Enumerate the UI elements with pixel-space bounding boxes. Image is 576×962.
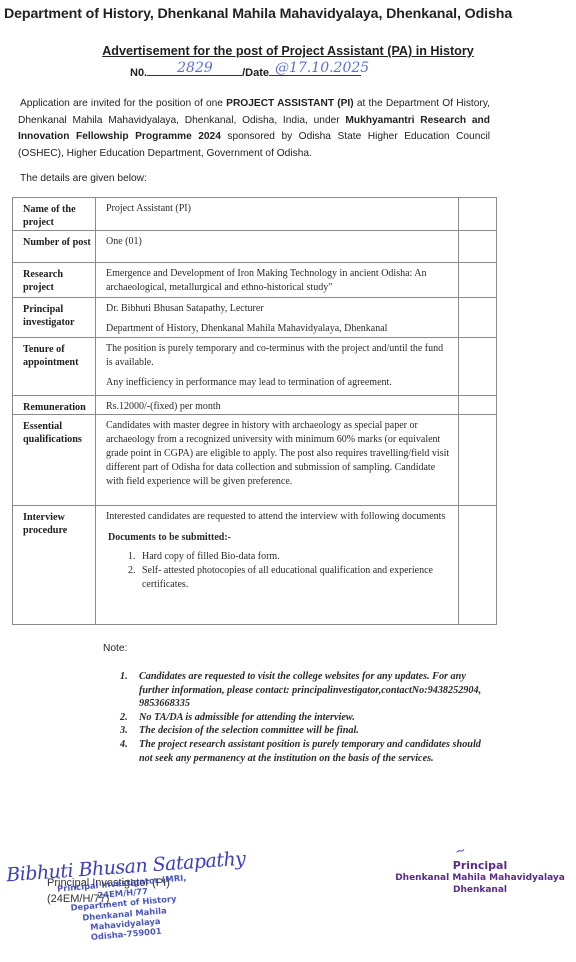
row-extra-cell — [459, 198, 497, 231]
value-line: The position is purely temporary and co-… — [106, 342, 450, 370]
value-line: Rs.12000/-(fixed) per month — [106, 400, 450, 414]
document-text: Hard copy of filled Bio-data form. — [142, 550, 280, 564]
advertisement-title-text: Advertisement for the post of Project As… — [102, 44, 474, 58]
row-label: Principal investigator — [13, 298, 96, 338]
row-label: Tenure of appointment — [13, 338, 96, 396]
table-row: Interview procedureInterested candidates… — [13, 506, 497, 625]
document-number: 1. — [128, 550, 142, 564]
document-text: Self- attested photocopies of all educat… — [142, 564, 450, 592]
principal-stamp: PrincipalDhenkanal Mahila MahavidyalayaD… — [380, 860, 576, 896]
table-row: Essential qualificationsCandidates with … — [13, 415, 497, 506]
note-text: No TA/DA is admissible for attending the… — [139, 711, 355, 725]
documents-title: Documents to be submitted:- — [108, 531, 450, 545]
value-line: One (01) — [106, 235, 450, 249]
value-line: Candidates with master degree in history… — [106, 419, 450, 489]
note-list: 1.Candidates are requested to visit the … — [120, 670, 490, 765]
note-number: 3. — [120, 724, 139, 738]
value-line: Department of History, Dhenkanal Mahila … — [106, 322, 450, 336]
table-row: Name of the projectProject Assistant (PI… — [13, 198, 497, 231]
date-label: /Date — [242, 67, 269, 79]
intro-text-1: Application are invited for the position… — [18, 98, 226, 109]
note-number: 2. — [120, 711, 139, 725]
row-value: Candidates with master degree in history… — [95, 415, 458, 506]
row-label: Essential qualifications — [13, 415, 96, 506]
note-text: The project research assistant position … — [139, 738, 490, 765]
value-line: Dr. Bibhuti Bhusan Satapathy, Lecturer — [106, 302, 450, 316]
note-text: The decision of the selection committee … — [139, 724, 359, 738]
document-number: 2. — [128, 564, 142, 592]
row-label: Remuneration — [13, 396, 96, 415]
principal-signature: ~ — [453, 843, 467, 860]
note-text: Candidates are requested to visit the co… — [139, 670, 490, 711]
row-extra-cell — [459, 298, 497, 338]
row-extra-cell — [459, 396, 497, 415]
ref-no-value: 2829 — [177, 60, 213, 76]
note-label: Note: — [103, 643, 127, 654]
ref-no-blank: 2829 — [147, 63, 242, 76]
ref-no-label: N0. — [130, 67, 147, 79]
note-item: 2.No TA/DA is admissible for attending t… — [120, 711, 490, 725]
value-line: Emergence and Development of Iron Making… — [106, 267, 450, 295]
note-item: 3.The decision of the selection committe… — [120, 724, 490, 738]
details-intro: The details are given below: — [20, 173, 147, 184]
row-value: The position is purely temporary and co-… — [95, 338, 458, 396]
row-label: Interview procedure — [13, 506, 96, 625]
principal-stamp-line: Dhenkanal Mahila Mahavidyalaya — [380, 872, 576, 884]
note-number: 1. — [120, 670, 139, 711]
date-blank: @17.10.2025 — [269, 63, 361, 76]
table-row: Principal investigatorDr. Bibhuti Bhusan… — [13, 298, 497, 338]
row-extra-cell — [459, 506, 497, 625]
value-line: Interested candidates are requested to a… — [106, 510, 450, 524]
table-row: Number of postOne (01) — [13, 231, 497, 263]
intro-paragraph: Application are invited for the position… — [18, 96, 490, 162]
value-line: Any inefficiency in performance may lead… — [106, 376, 450, 390]
value-line: Project Assistant (PI) — [106, 202, 450, 216]
row-label: Number of post — [13, 231, 96, 263]
note-number: 4. — [120, 738, 139, 765]
principal-stamp-line: Principal — [380, 860, 576, 872]
date-value: @17.10.2025 — [275, 60, 369, 76]
row-value: Dr. Bibhuti Bhusan Satapathy, LecturerDe… — [95, 298, 458, 338]
table-row: Tenure of appointmentThe position is pur… — [13, 338, 497, 396]
reference-line: N0.2829/Date@17.10.2025 — [130, 63, 361, 79]
intro-bold-position: PROJECT ASSISTANT (PI) — [226, 98, 354, 109]
table-row: Research projectEmergence and Developmen… — [13, 263, 497, 298]
row-extra-cell — [459, 263, 497, 298]
document-item: 1.Hard copy of filled Bio-data form. — [128, 550, 450, 564]
pi-stamp: Principal Investigator (MRI,24EM/H/77Dep… — [52, 872, 197, 945]
table-row: RemunerationRs.12000/-(fixed) per month — [13, 396, 497, 415]
note-item: 4.The project research assistant positio… — [120, 738, 490, 765]
advertisement-title: Advertisement for the post of Project As… — [0, 44, 576, 58]
row-label: Name of the project — [13, 198, 96, 231]
row-label: Research project — [13, 263, 96, 298]
note-item: 1.Candidates are requested to visit the … — [120, 670, 490, 711]
row-extra-cell — [459, 338, 497, 396]
row-extra-cell — [459, 415, 497, 506]
department-header: Department of History, Dhenkanal Mahila … — [4, 6, 512, 22]
row-value: One (01) — [95, 231, 458, 263]
row-value: Interested candidates are requested to a… — [95, 506, 458, 625]
document-item: 2.Self- attested photocopies of all educ… — [128, 564, 450, 592]
principal-stamp-line: Dhenkanal — [380, 884, 576, 896]
details-table: Name of the projectProject Assistant (PI… — [12, 197, 497, 625]
row-value: Emergence and Development of Iron Making… — [95, 263, 458, 298]
row-value: Project Assistant (PI) — [95, 198, 458, 231]
row-extra-cell — [459, 231, 497, 263]
row-value: Rs.12000/-(fixed) per month — [95, 396, 458, 415]
